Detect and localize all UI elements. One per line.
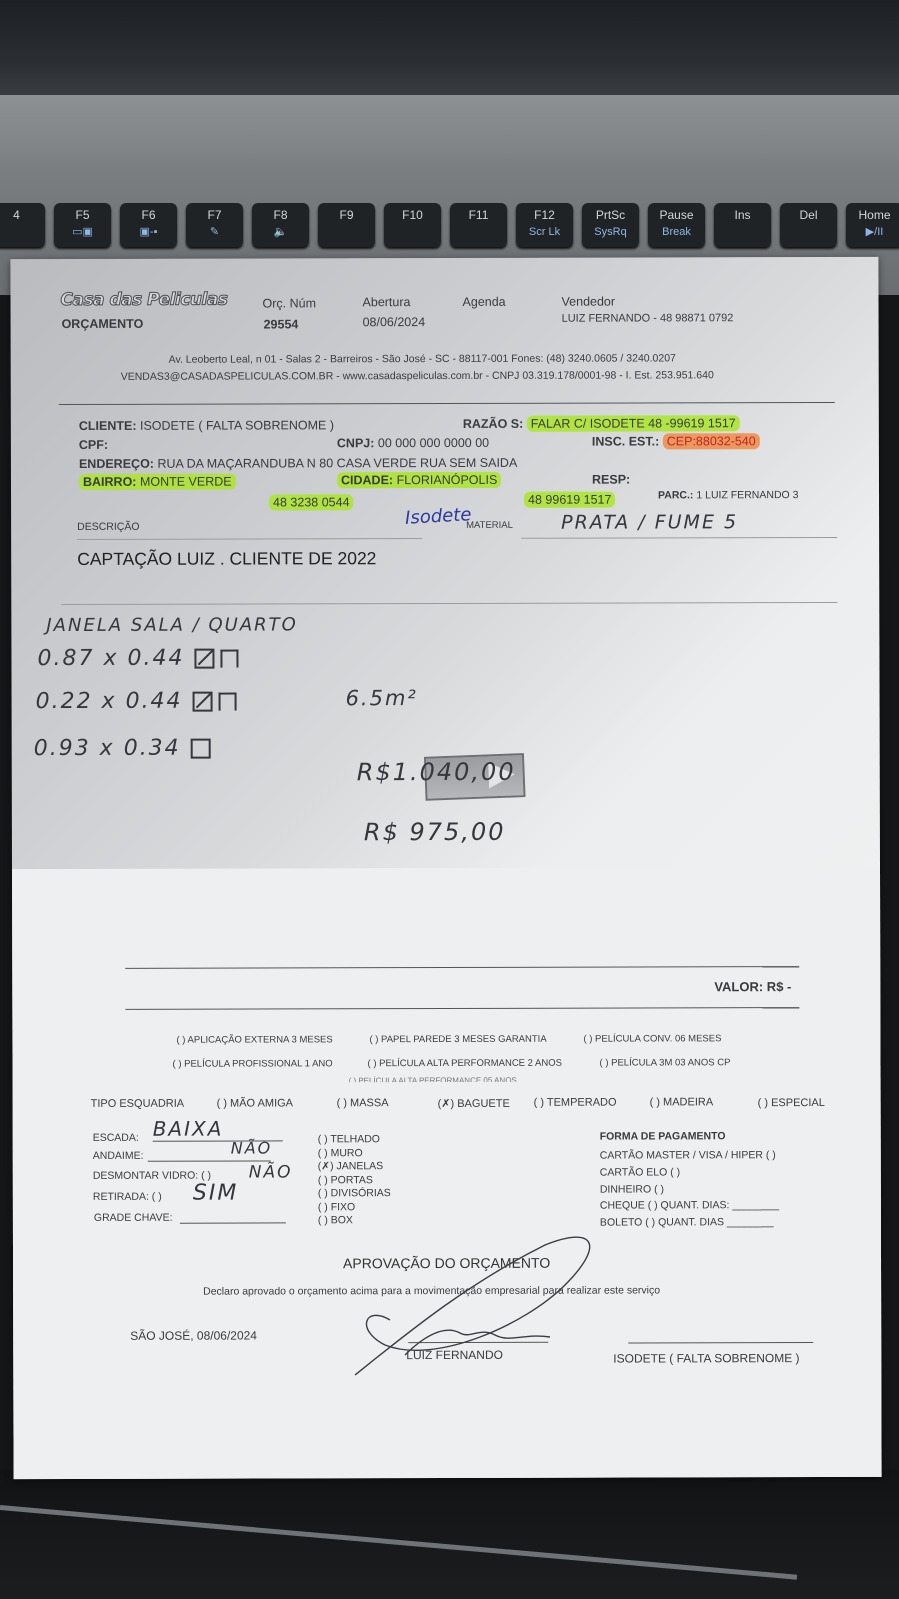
price-full: R$1.040,00: [357, 758, 516, 786]
esquadria-label: TIPO ESQUADRIA: [91, 1098, 185, 1110]
material-rule: [521, 537, 837, 539]
abertura-label: Abertura: [363, 295, 411, 309]
key-f11: F11: [450, 203, 507, 247]
cliente-field: CLIENTE: ISODETE ( FALTA SOBRENOME ): [79, 418, 334, 433]
warranty-option-5[interactable]: ( ) PELÍCULA ALTA PERFORMANCE 2 ANOS: [367, 1058, 561, 1070]
razao-field: RAZÃO S: FALAR C/ ISODETE 48 -99619 1517: [463, 416, 740, 431]
measurement-2: 0.22 x 0.44: [36, 689, 237, 715]
key-f5: F5▭▣: [54, 203, 111, 247]
vendedor: LUIZ FERNANDO - 48 98871 0792: [562, 312, 734, 324]
location-muro[interactable]: ( ) MURO: [318, 1147, 391, 1161]
description-text: CAPTAÇÃO LUIZ . CLIENTE DE 2022: [77, 548, 376, 570]
location-telhado[interactable]: ( ) TELHADO: [318, 1133, 391, 1147]
parc-field: PARC.: 1 LUIZ FERNANDO 3: [658, 489, 798, 501]
seller-signature-scribble: [345, 1225, 605, 1395]
desk-surface: [0, 1470, 899, 1599]
key-f9: F9: [318, 203, 375, 247]
andaime-label: ANDAIME:: [93, 1150, 144, 1162]
company-address: Av. Leoberto Leal, n 01 - Salas 2 - Barr…: [169, 352, 676, 365]
grade-chave-label: GRADE CHAVE:: [94, 1212, 173, 1224]
esquadria-madeira[interactable]: ( ) MADEIRA: [650, 1096, 714, 1108]
agenda-label: Agenda: [462, 295, 505, 309]
retirada-label: RETIRADA: ( ): [93, 1191, 162, 1203]
stamp-handwriting: Isodete: [405, 504, 472, 529]
esquadria-especial[interactable]: ( ) ESPECIAL: [758, 1097, 825, 1109]
warranty-option-3[interactable]: ( ) PELÍCULA CONV. 06 MESES: [583, 1033, 721, 1044]
andaime-value[interactable]: NÃO: [231, 1138, 273, 1157]
key-4: 4: [0, 203, 45, 247]
material-label: MATERIAL: [466, 520, 513, 531]
warranty-option-4[interactable]: ( ) PELÍCULA PROFISSIONAL 1 ANO: [172, 1058, 332, 1069]
phone-2: 48 99619 1517: [524, 492, 615, 508]
location-fixo[interactable]: ( ) FIXO: [318, 1201, 391, 1215]
cnpj-field: CNPJ: 00 000 000 0000 00: [337, 436, 489, 450]
resp-label: RESP:: [592, 473, 630, 487]
key-f10: F10: [384, 203, 441, 247]
payment-cartao-master[interactable]: CARTÃO MASTER / VISA / HIPER ( ): [600, 1147, 779, 1164]
esquadria-baguete[interactable]: (✗) BAGUETE: [438, 1097, 510, 1110]
doc-type: ORÇAMENTO: [62, 317, 144, 331]
laptop-bezel: [0, 0, 899, 100]
escada-label: ESCADA:: [93, 1132, 139, 1144]
esquadria-massa[interactable]: ( ) MASSA: [337, 1097, 389, 1109]
orc-num-label: Orç. Núm: [263, 296, 317, 310]
key-f12: F12Scr Lk: [516, 203, 573, 247]
key-del: Del: [780, 203, 837, 247]
payment-options: CARTÃO MASTER / VISA / HIPER ( ) CARTÃO …: [600, 1147, 779, 1231]
key-f8: F8🔈: [252, 203, 309, 247]
place-date: SÃO JOSÉ, 08/06/2024: [130, 1328, 257, 1342]
header-divider: [59, 402, 835, 405]
measurement-3: 0.93 x 0.34: [34, 736, 211, 761]
key-pause: PauseBreak: [648, 203, 705, 247]
price-discount: R$ 975,00: [364, 818, 506, 846]
company-logo: Casa das Peliculas: [60, 290, 227, 310]
warranty-option-1[interactable]: ( ) APLICAÇÃO EXTERNA 3 MESES: [176, 1034, 332, 1045]
key-f7: F7✎: [186, 203, 243, 247]
esquadria-mao-amiga[interactable]: ( ) MÃO AMIGA: [217, 1097, 293, 1109]
payment-dinheiro[interactable]: DINHEIRO ( ): [600, 1181, 779, 1198]
locations-list: ( ) TELHADO ( ) MURO (✗) JANELAS ( ) POR…: [318, 1133, 391, 1228]
cidade-field: CIDADE: FLORIANÓPOLIS: [337, 473, 501, 487]
bairro-field: BAIRRO: MONTE VERDE: [79, 475, 236, 489]
key-home: Home▶/II: [846, 203, 899, 247]
handwritten-title: JANELA SALA / QUARTO: [46, 614, 298, 636]
client-name: ISODETE ( FALTA SOBRENOME ): [613, 1351, 799, 1365]
warranty-option-6[interactable]: ( ) PELÍCULA 3M 03 ANOS CP: [599, 1057, 730, 1068]
key-prtsc: PrtScSysRq: [582, 203, 639, 247]
location-portas[interactable]: ( ) PORTAS: [318, 1174, 391, 1188]
area-total: 6.5m²: [346, 686, 418, 710]
warranty-option-7[interactable]: ( ) PELÍCULA ALTA PERFORMANCE 05 ANOS: [349, 1076, 517, 1082]
orc-num: 29554: [264, 317, 299, 331]
cpf-label: CPF:: [79, 438, 108, 452]
vendedor-label: Vendedor: [561, 295, 615, 309]
key-f6: F6▣-▪: [120, 203, 177, 247]
function-key-row: 4F5▭▣F6▣-▪F7✎F8🔈F9F10F11F12Scr LkPrtScSy…: [0, 203, 899, 247]
payment-cartao-elo[interactable]: CARTÃO ELO ( ): [600, 1164, 779, 1181]
description-divider: [61, 602, 837, 605]
descricao-rule: [77, 538, 422, 540]
abertura-date: 08/06/2024: [363, 315, 426, 329]
location-divisorias[interactable]: ( ) DIVISÓRIAS: [318, 1187, 391, 1201]
warranty-option-2[interactable]: ( ) PAPEL PAREDE 3 MESES GARANTIA: [369, 1034, 546, 1045]
measurement-1: 0.87 x 0.44: [37, 646, 238, 672]
esquadria-temperado[interactable]: ( ) TEMPERADO: [534, 1097, 617, 1109]
endereco-field: ENDEREÇO: RUA DA MAÇARANDUBA N 80 CASA V…: [79, 456, 517, 471]
material-handwriting: PRATA / FUME 5: [561, 511, 738, 533]
location-janelas[interactable]: (✗) JANELAS: [318, 1160, 391, 1174]
valor-field: VALOR: R$ -: [714, 979, 791, 994]
insc-field: INSC. EST.: CEP:88032-540: [592, 434, 760, 448]
payment-boleto[interactable]: BOLETO ( ) QUANT. DIAS ________: [600, 1214, 779, 1231]
payment-title: FORMA DE PAGAMENTO: [600, 1130, 726, 1142]
company-contact: VENDAS3@CASADASPELICULAS.COM.BR - www.ca…: [121, 369, 714, 383]
descricao-label: DESCRIÇÃO: [77, 521, 139, 533]
payment-cheque[interactable]: CHEQUE ( ) QUANT. DIAS: ________: [600, 1198, 779, 1215]
retirada-value[interactable]: SIM: [193, 1181, 239, 1206]
phone-1: 48 3238 0544: [269, 494, 354, 510]
key-ins: Ins: [714, 203, 771, 247]
desmontar-value[interactable]: NÃO: [249, 1162, 293, 1182]
